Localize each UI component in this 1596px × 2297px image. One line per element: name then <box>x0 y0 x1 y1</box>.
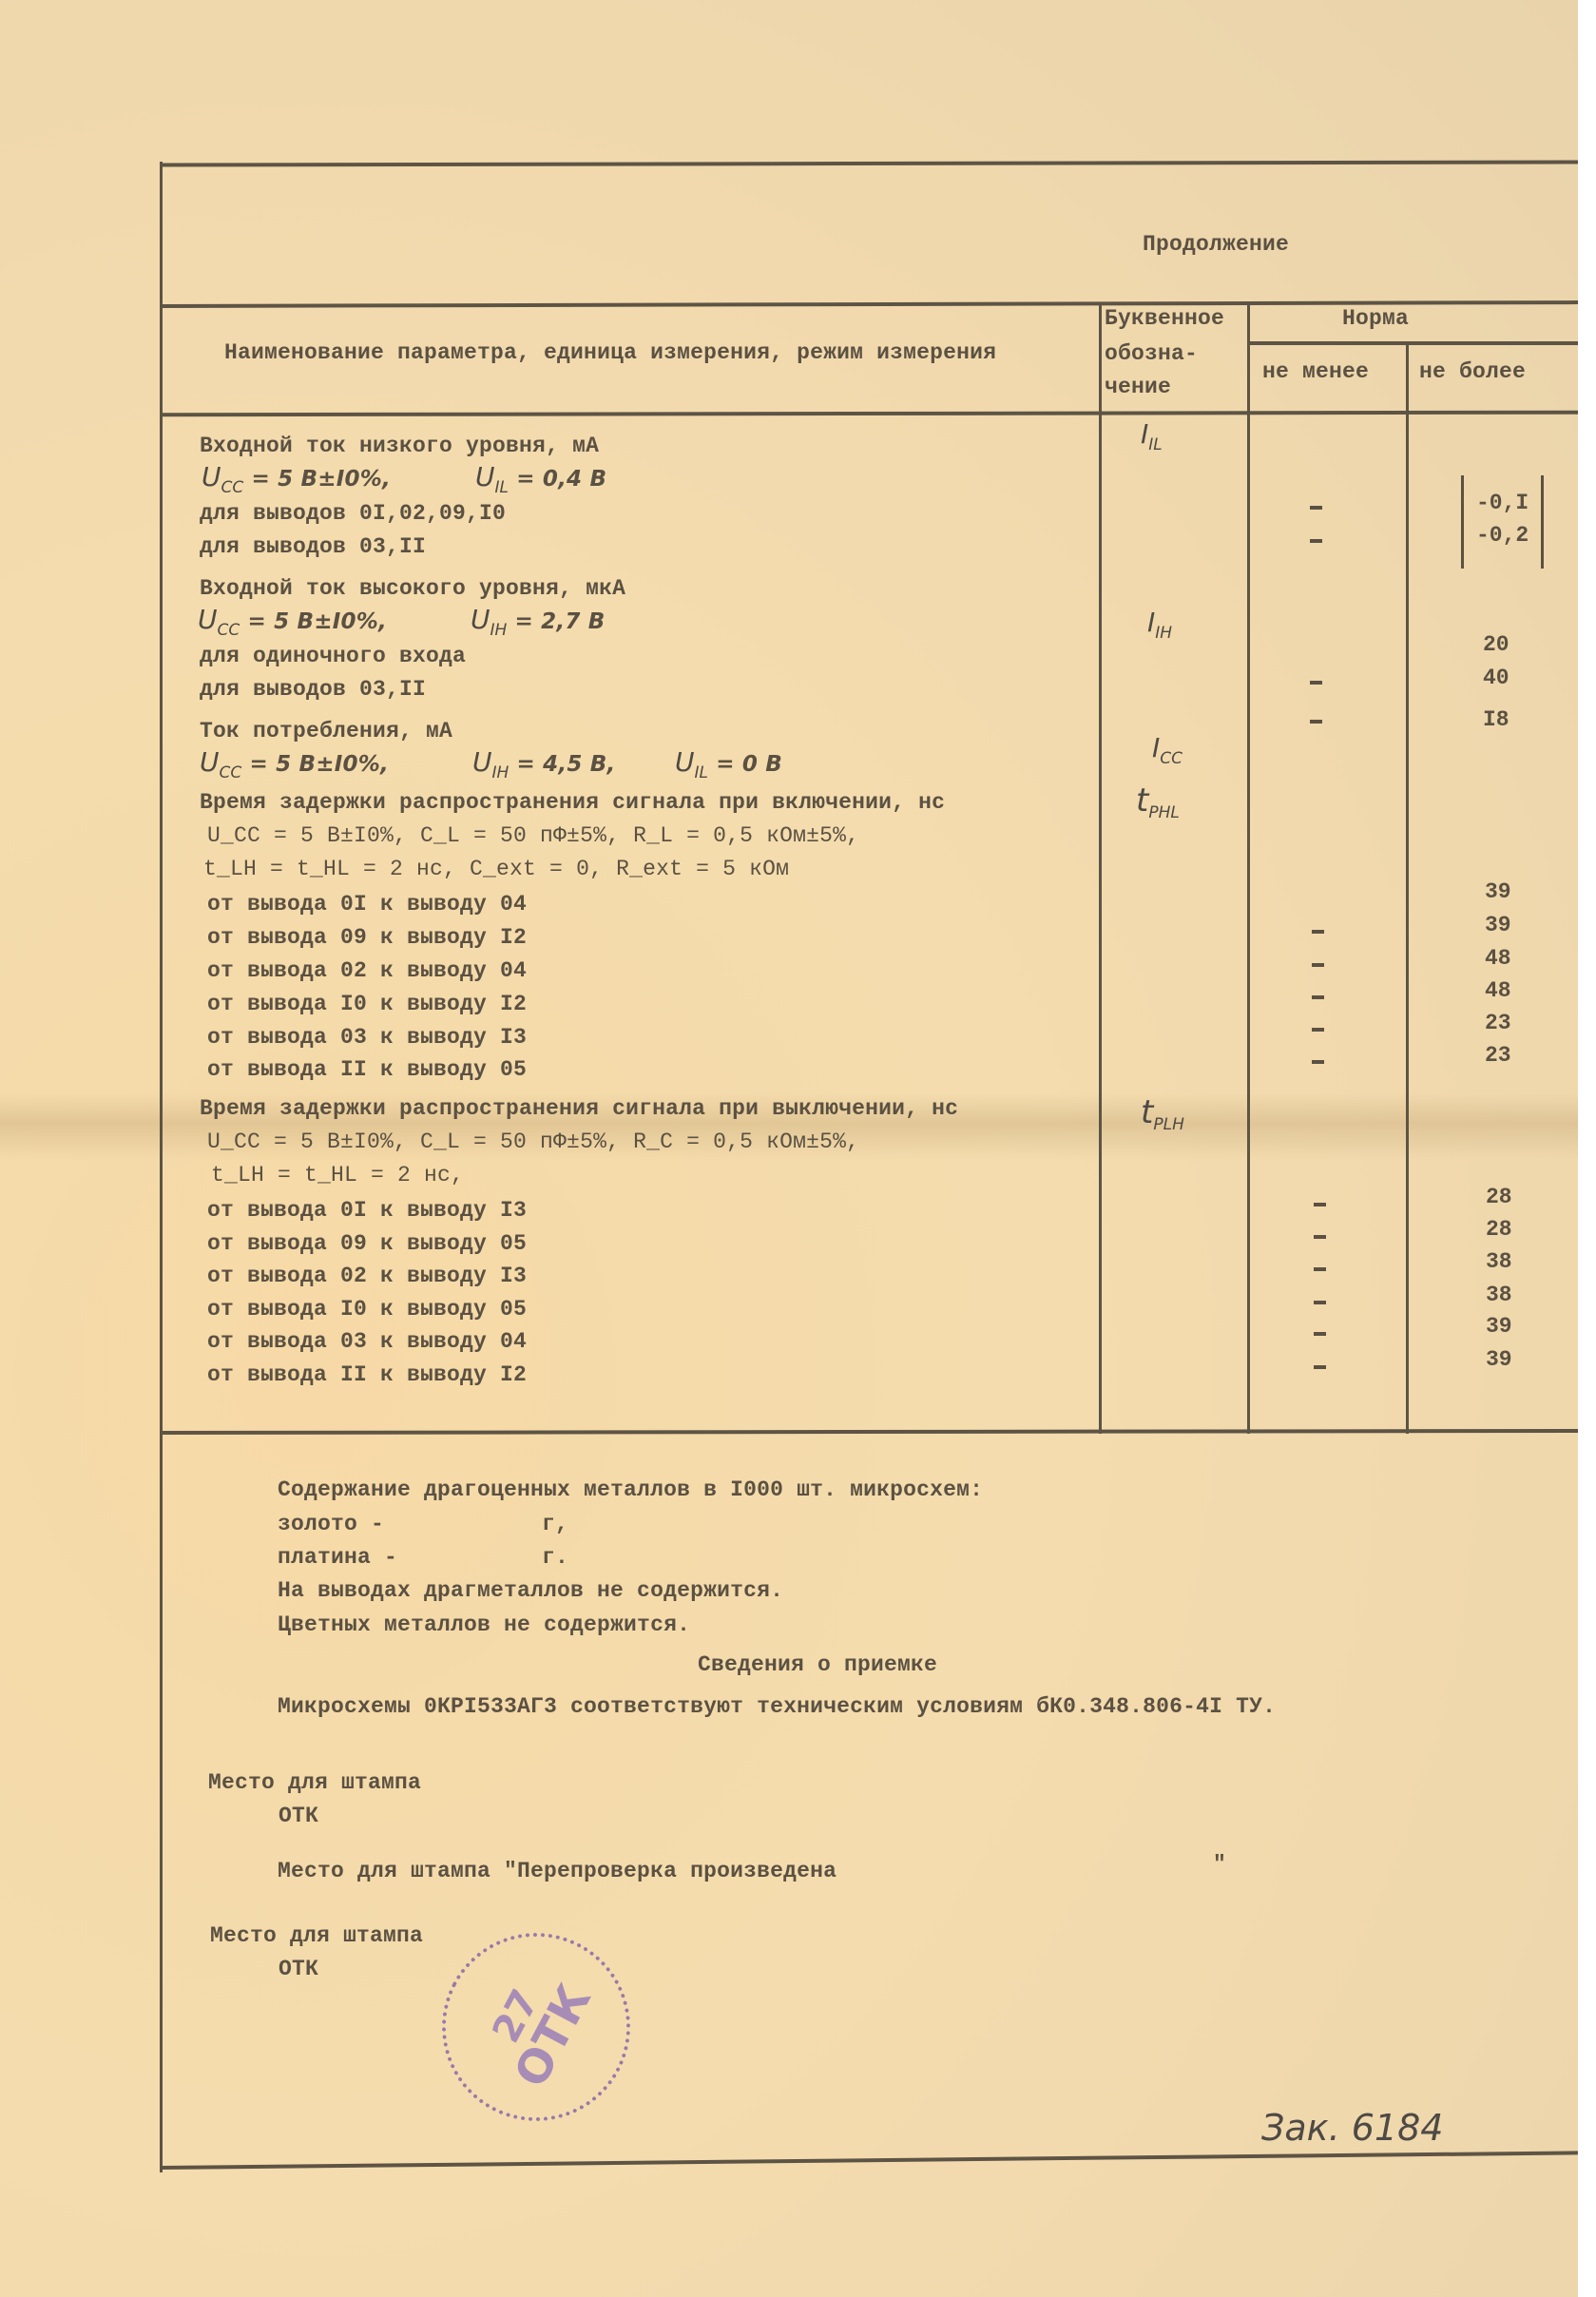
row-label: для выводов 03,II <box>200 677 426 702</box>
min-dash <box>1314 1365 1326 1369</box>
header-min: не менее <box>1262 359 1369 384</box>
max-value: 39 <box>1486 1314 1512 1339</box>
symbol-tphl: tPHL <box>1136 782 1180 820</box>
metals-heading: Содержание драгоценных металлов в I000 ш… <box>278 1477 983 1502</box>
conditions-line: U_CC = 5 В±I0%, C_L = 50 пФ±5%, R_C = 0,… <box>207 1129 859 1154</box>
min-dash <box>1312 995 1324 999</box>
max-value: I8 <box>1483 707 1509 732</box>
header-bottom-line <box>162 411 1578 417</box>
min-dash <box>1312 963 1324 967</box>
row-label: от вывода I0 к выводу 05 <box>207 1297 527 1322</box>
header-max: не более <box>1419 359 1526 384</box>
max-value: 23 <box>1485 1043 1511 1068</box>
condition-uil: UIL = 0,4 В <box>475 461 606 492</box>
max-value: 39 <box>1486 1347 1512 1372</box>
stamp-place-1-otk: ОТК <box>279 1804 318 1828</box>
acceptance-statement: Микросхемы 0КРI533АГ3 соответствуют техн… <box>278 1694 1276 1719</box>
symbol-tplh: tPLH <box>1141 1093 1184 1131</box>
condition-ucc: UCC = 5 В±I0%, <box>200 746 389 778</box>
header-norm: Норма <box>1342 306 1409 331</box>
stamp-place-1: Место для штампа <box>208 1770 421 1795</box>
platinum-label: платина - <box>278 1545 397 1570</box>
recheck-stamp-place: Место для штампа "Перепроверка произведе… <box>278 1859 836 1883</box>
row-label: от вывода 03 к выводу 04 <box>207 1329 527 1354</box>
col-divider-norm <box>1247 302 1250 1434</box>
table-bottom-line <box>162 1429 1578 1435</box>
conditions-line: U_CC = 5 В±I0%, C_L = 50 пФ±5%, R_L = 0,… <box>207 823 859 848</box>
max-value: 39 <box>1485 879 1511 904</box>
continuation-label: Продолжение <box>1143 232 1289 257</box>
max-value: 28 <box>1486 1185 1512 1209</box>
row-label: от вывода 02 к выводу 04 <box>207 958 527 983</box>
min-dash <box>1312 930 1324 934</box>
min-dash <box>1314 1332 1326 1336</box>
row-label: от вывода 03 к выводу I3 <box>207 1025 527 1050</box>
frame-bottom-line <box>162 2151 1578 2170</box>
row-label: от вывода 0I к выводу 04 <box>207 892 527 917</box>
max-value: -0,2 <box>1476 523 1529 548</box>
row-label: от вывода II к выводу I2 <box>207 1362 527 1387</box>
min-dash <box>1314 1267 1326 1271</box>
group-title: Время задержки распространения сигнала п… <box>200 1096 958 1121</box>
max-value: 48 <box>1485 946 1511 971</box>
header-parameter: Наименование параметра, единица измерени… <box>224 340 996 365</box>
group-title: Время задержки распространения сигнала п… <box>200 790 945 815</box>
min-dash <box>1312 1028 1324 1032</box>
group-title: Входной ток высокого уровня, мкА <box>200 576 625 601</box>
row-label: для выводов 0I,02,09,I0 <box>200 501 506 526</box>
metals-note-1: На выводах драгметаллов не содержится. <box>278 1578 783 1603</box>
row-label: от вывода 02 к выводу I3 <box>207 1264 527 1288</box>
condition-ucc: UCC = 5 В±I0%, <box>202 461 391 492</box>
acceptance-heading: Сведения о приемке <box>698 1652 937 1677</box>
header-symbol-3: чение <box>1105 375 1171 399</box>
row-label: от вывода II к выводу 05 <box>207 1057 527 1082</box>
min-dash <box>1310 539 1322 543</box>
row-label: от вывода I0 к выводу I2 <box>207 992 527 1016</box>
min-dash <box>1314 1301 1326 1304</box>
otk-stamp: 27 ОТК <box>409 1900 663 2154</box>
norm-subdivider <box>1248 341 1578 345</box>
conditions-line: t_LH = t_HL = 2 нс, <box>211 1163 464 1187</box>
min-dash <box>1310 720 1322 724</box>
stamp-place-2: Место для штампа <box>210 1923 423 1948</box>
condition-uih: UIH = 2,7 В <box>471 604 605 635</box>
col-divider-symbol <box>1099 302 1102 1434</box>
abs-bar-left <box>1461 475 1464 569</box>
document-page: Продолжение Наименование параметра, един… <box>0 0 1578 2297</box>
max-value: -0,I <box>1476 491 1529 515</box>
row-label: для выводов 03,II <box>200 534 426 559</box>
condition-uih: UIH = 4,5 В, <box>472 746 615 778</box>
condition-uil: UIL = 0 В <box>675 746 782 778</box>
row-label: от вывода 09 к выводу 05 <box>207 1231 527 1256</box>
min-dash <box>1310 506 1322 510</box>
max-value: 39 <box>1485 913 1511 937</box>
col-divider-max <box>1406 342 1409 1434</box>
row-label: от вывода 09 к выводу I2 <box>207 925 527 950</box>
min-dash <box>1314 1203 1326 1206</box>
max-value: 38 <box>1486 1283 1512 1307</box>
symbol-icc: ICC <box>1152 732 1183 763</box>
recheck-quote-close: " <box>1213 1852 1226 1877</box>
max-value: 40 <box>1483 666 1509 690</box>
symbol-iil: IIL <box>1141 418 1163 450</box>
frame-top-line <box>162 160 1578 166</box>
max-value: 38 <box>1486 1249 1512 1274</box>
max-value: 48 <box>1485 978 1511 1003</box>
gold-unit: г, <box>542 1512 568 1536</box>
order-number: Зак. 6184 <box>1261 2107 1443 2149</box>
symbol-iih: IIH <box>1147 607 1172 638</box>
max-value: 23 <box>1485 1011 1511 1035</box>
max-value: 20 <box>1483 632 1509 657</box>
frame-left-line <box>160 162 163 2172</box>
stamp-place-2-otk: ОТК <box>279 1957 318 1981</box>
condition-ucc: UCC = 5 В±I0%, <box>198 604 387 635</box>
header-symbol-2: обозна- <box>1105 341 1198 366</box>
min-dash <box>1310 681 1322 685</box>
header-symbol-1: Буквенное <box>1105 306 1224 331</box>
row-label: от вывода 0I к выводу I3 <box>207 1198 527 1223</box>
metals-note-2: Цветных металлов не содержится. <box>278 1612 690 1637</box>
group-title: Входной ток низкого уровня, мА <box>200 434 599 458</box>
conditions-line: t_LH = t_HL = 2 нс, C_ext = 0, R_ext = 5… <box>203 857 789 881</box>
gold-label: золото - <box>278 1512 384 1536</box>
min-dash <box>1312 1060 1324 1064</box>
platinum-unit: г. <box>542 1545 568 1570</box>
min-dash <box>1314 1235 1326 1239</box>
abs-bar-right <box>1541 475 1544 569</box>
group-title: Ток потребления, мА <box>200 719 452 743</box>
row-label: для одиночного входа <box>200 644 466 668</box>
max-value: 28 <box>1486 1217 1512 1242</box>
